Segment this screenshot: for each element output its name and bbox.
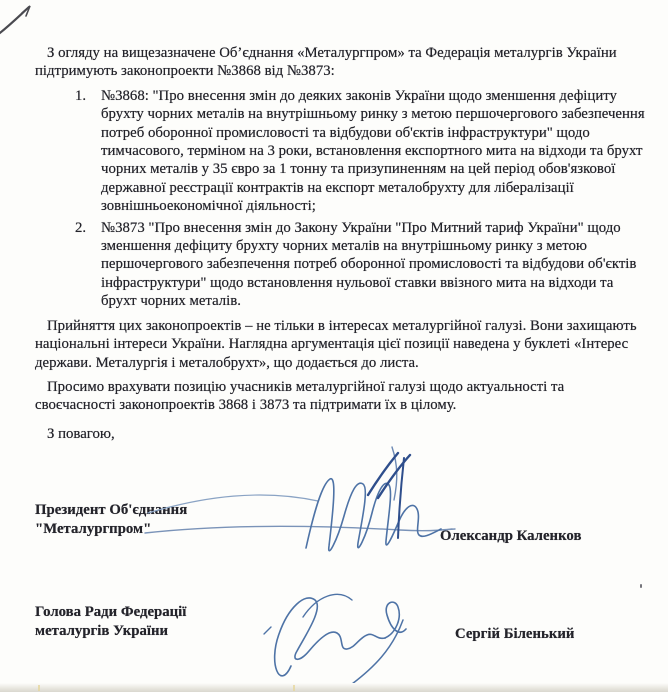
list-item-bill-3873: 2. №3873 "Про внесення змін до Закону Ук… [75, 219, 658, 311]
list-item-text: №3868: "Про внесення змін до деяких зако… [101, 87, 645, 216]
list-item-bill-3868: 1. №3868: "Про внесення змін до деяких з… [75, 87, 658, 216]
scanned-letter-page: З огляду на вищезазначене Об’єднання «Ме… [0, 0, 668, 692]
list-item-number: 1. [75, 87, 101, 216]
signer-title-metallurgprom: Президент Об'єднання "Металургпром" [35, 501, 187, 539]
signer-name-bilenkyi: Сергій Біленький [455, 626, 574, 643]
signature-kalenkov [145, 447, 455, 551]
scan-bottom-edge [0, 683, 668, 692]
scan-artifact-tick [38, 685, 40, 691]
bill-list: 1. №3868: "Про внесення змін до деяких з… [75, 87, 658, 311]
closing-salutation: З повагою, [35, 425, 658, 443]
list-item-text: №3873 "Про внесення змін до Закону Украї… [101, 219, 636, 311]
letter-body: З огляду на вищезазначене Об’єднання «Ме… [35, 44, 658, 458]
signer-name-kalenkov: Олександр Каленков [440, 528, 581, 545]
signer-title-federation: Голова Ради Федерації металургів України [35, 603, 186, 641]
pen-stroke-mark [0, 6, 30, 36]
intro-paragraph: З огляду на вищезазначене Об’єднання «Ме… [35, 44, 658, 81]
list-item-number: 2. [75, 219, 101, 311]
scan-speck [640, 584, 642, 588]
request-paragraph: Просимо врахувати позицію учасників мета… [35, 378, 658, 415]
signature-bilenkyi [264, 594, 406, 684]
support-paragraph: Прийняття цих законопроектів – не тільки… [35, 317, 658, 372]
scan-artifact-tick [293, 685, 295, 691]
